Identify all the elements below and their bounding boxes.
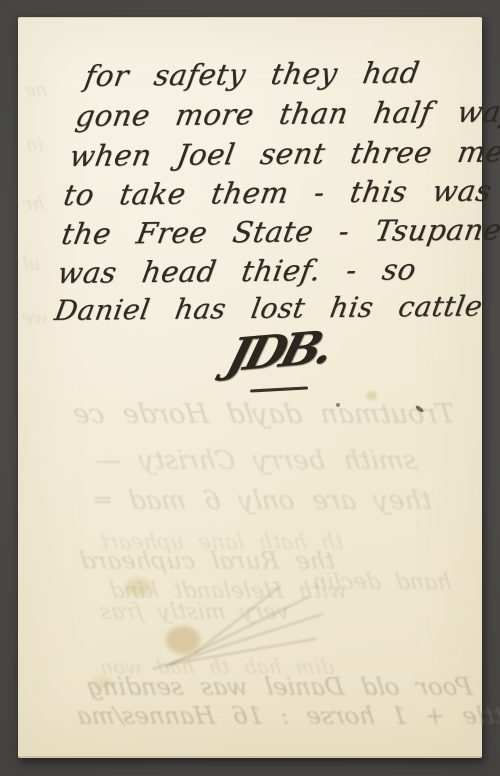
signature-initials: JDB. bbox=[221, 320, 335, 382]
bleedthrough-mark: ul bbox=[22, 254, 42, 275]
handwriting-line: gone more than half way bbox=[73, 94, 500, 133]
bleedthrough-line: Troutman dayld Horde ce bbox=[71, 399, 457, 430]
handwriting-line: for safety they had bbox=[82, 56, 422, 93]
bleedthrough-line: Poor old Daniel was sending bbox=[85, 673, 474, 701]
bleedthrough-line: smith berry Christy — bbox=[93, 446, 419, 476]
handwriting-line: to take them - this was in bbox=[61, 173, 500, 212]
bleedthrough-line: they are only 6 mad ═ bbox=[93, 486, 434, 516]
handwriting-line: when Joel sent three men bbox=[67, 134, 500, 173]
bleedthrough-line: the Rural cupheard bbox=[78, 547, 337, 575]
handwriting-line: Daniel has lost his cattle bbox=[52, 290, 485, 327]
bleedthrough-line: g cattle + 1 horse : 16 Hannes/ma bbox=[75, 702, 500, 730]
bleedthrough-mark: in bbox=[25, 135, 45, 156]
signature-flourish-underline bbox=[250, 386, 308, 392]
bleedthrough-mark: ne bbox=[24, 80, 49, 101]
bleedthrough-mark: hr bbox=[23, 194, 46, 215]
handwriting-line: was head thief. - so bbox=[55, 252, 419, 290]
bleedthrough-mark: we bbox=[21, 308, 50, 329]
letter-page: ne in hr ul we Troutman dayld Horde ce s… bbox=[18, 17, 482, 758]
handwriting-line: the Free State - Tsupane bbox=[59, 212, 500, 251]
scanned-letter-photo: { "document": { "kind": "handwritten let… bbox=[0, 0, 500, 776]
